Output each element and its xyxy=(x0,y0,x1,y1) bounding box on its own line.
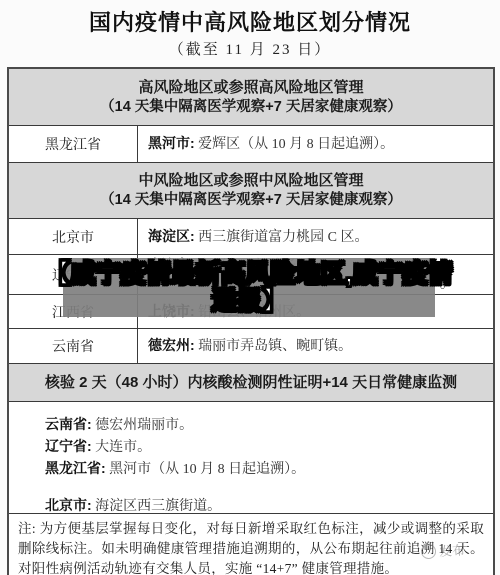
area-detail: 德宏州瑞丽市。 xyxy=(95,418,193,433)
area-detail: 西三旗街道富力桃园 C 区。 xyxy=(198,230,368,245)
page-title: 国内疫情中高风险地区划分情况 xyxy=(0,6,500,37)
verify-area-list: 云南省: 德宏州瑞丽市。 辽宁省: 大连市。 黑龙江省: 黑河市（从 10 月 … xyxy=(9,402,493,514)
watermark-line1: 【威宁疫情最新高风险地区,威宁疫情 xyxy=(46,261,453,288)
mid-risk-section-header: 中风险地区或参照中风险地区管理 （14 天集中隔离医学观察+7 天居家健康观察） xyxy=(9,163,493,219)
list-item: 辽宁省: 大连市。 xyxy=(45,436,485,458)
high-risk-header-line2: （14 天集中隔离医学观察+7 天居家健康观察） xyxy=(100,98,402,117)
city-label: 黑河市: xyxy=(148,135,195,151)
detail-line: 德宏州: 瑞丽市弄岛镇、畹町镇。 xyxy=(148,336,487,356)
list-item: 云南省: 德宏州瑞丽市。 xyxy=(45,414,485,436)
overlay-watermark: 【威宁疫情最新高风险地区,威宁疫情 通报】 xyxy=(63,258,435,317)
province-cell: 黑龙江省 xyxy=(9,126,138,162)
province-cell: 北京市 xyxy=(9,219,138,254)
mid-risk-header-line2: （14 天集中隔离医学观察+7 天居家健康观察） xyxy=(100,191,402,210)
risk-area-table: 高风险地区或参照高风险地区管理 （14 天集中隔离医学观察+7 天居家健康观察）… xyxy=(7,67,495,575)
area-detail: 瑞丽市弄岛镇、畹町镇。 xyxy=(198,339,352,354)
detail-cell: 海淀区: 西三旗街道富力桃园 C 区。 xyxy=(138,219,493,254)
list-item: 黑龙江省: 黑河市（从 10 月 8 日起追溯）。 xyxy=(45,458,485,480)
detail-line: 海淀区: 西三旗街道富力桃园 C 区。 xyxy=(148,227,487,247)
city-label: 海淀区: xyxy=(148,228,195,244)
high-risk-section-header: 高风险地区或参照高风险地区管理 （14 天集中隔离医学观察+7 天居家健康观察） xyxy=(9,69,493,126)
table-row: 北京市 海淀区: 西三旗街道富力桃园 C 区。 xyxy=(9,219,493,255)
table-row: 黑龙江省 黑河市: 爱辉区（从 10 月 8 日起追溯）。 xyxy=(9,126,493,163)
area-detail: 爱辉区（从 10 月 8 日起追溯）。 xyxy=(198,137,394,152)
publisher-watermark-text: 发布 xyxy=(438,539,465,560)
watermark-line2: 通报】 xyxy=(211,288,286,315)
publisher-watermark: 发布 xyxy=(420,539,465,561)
area-detail: 海淀区西三旗街道。 xyxy=(95,499,221,514)
mid-risk-header-line1: 中风险地区或参照中风险地区管理 xyxy=(138,171,363,191)
area-detail: 大连市。 xyxy=(95,440,151,455)
province-label: 辽宁省: xyxy=(45,438,92,454)
area-detail: 黑河市（从 10 月 8 日起追溯）。 xyxy=(109,462,305,477)
province-cell: 云南省 xyxy=(9,329,138,363)
table-row: 云南省 德宏州: 瑞丽市弄岛镇、畹町镇。 xyxy=(9,329,493,364)
publisher-logo-icon xyxy=(421,544,437,560)
detail-cell: 德宏州: 瑞丽市弄岛镇、畹町镇。 xyxy=(138,329,493,363)
city-label: 德宏州: xyxy=(148,337,195,353)
province-label: 云南省: xyxy=(45,416,92,432)
high-risk-header-line1: 高风险地区或参照高风险地区管理 xyxy=(138,78,363,98)
province-label: 黑龙江省: xyxy=(45,460,106,476)
detail-line: 黑河市: 爱辉区（从 10 月 8 日起追溯）。 xyxy=(148,134,487,154)
detail-cell: 黑河市: 爱辉区（从 10 月 8 日起追溯）。 xyxy=(138,126,493,162)
verify-header-text: 核验 2 天（48 小时）内核酸检测阴性证明+14 天日常健康监测 xyxy=(45,373,457,393)
verify-section-header: 核验 2 天（48 小时）内核酸检测阴性证明+14 天日常健康监测 xyxy=(9,364,493,402)
document-page: 国内疫情中高风险地区划分情况 （截至 11 月 23 日） 高风险地区或参照高风… xyxy=(0,0,500,575)
province-label: 北京市: xyxy=(45,497,92,513)
page-subtitle: （截至 11 月 23 日） xyxy=(0,38,500,59)
